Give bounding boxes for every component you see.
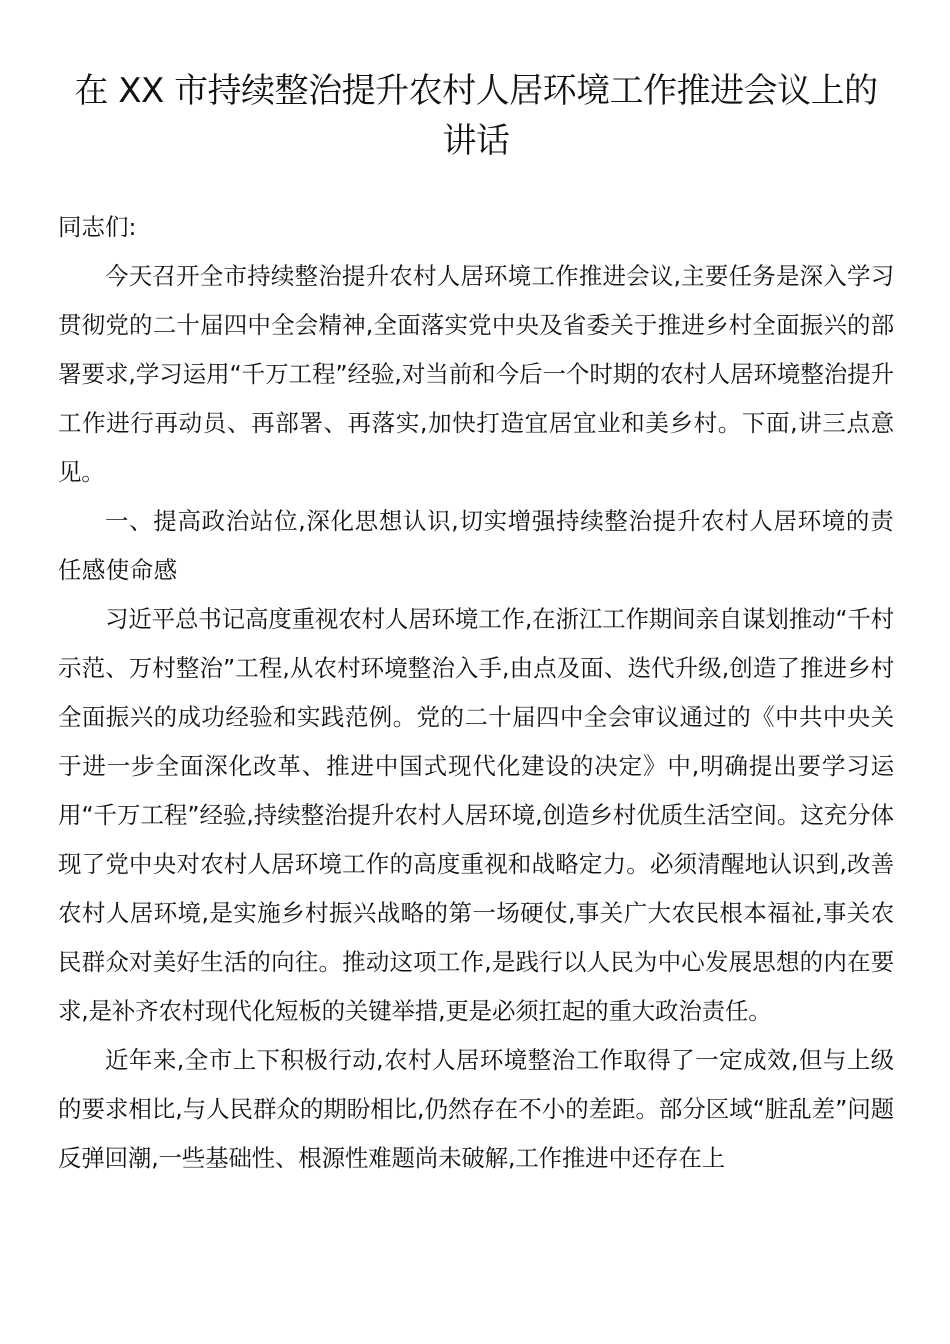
document-title: 在 XX 市持续整治提升农村人居环境工作推进会议上的 讲话 [58, 0, 894, 166]
title-line-2: 讲话 [58, 116, 894, 166]
paragraph-body-2: 近年来,全市上下积极行动,农村人居环境整治工作取得了一定成效,但与上级的要求相比… [58, 1036, 894, 1183]
document-page: 在 XX 市持续整治提升农村人居环境工作推进会议上的 讲话 同志们: 今天召开全… [58, 0, 894, 1183]
section-heading-1: 一、提高政治站位,深化思想认识,切实增强持续整治提升农村人居环境的责任感使命感 [58, 497, 894, 595]
paragraph-body-1: 习近平总书记高度重视农村人居环境工作,在浙江工作期间亲自谋划推动“千村示范、万村… [58, 595, 894, 1036]
paragraph-intro: 今天召开全市持续整治提升农村人居环境工作推进会议,主要任务是深入学习贯彻党的二十… [58, 252, 894, 497]
salutation: 同志们: [58, 203, 894, 252]
title-line-1: 在 XX 市持续整治提升农村人居环境工作推进会议上的 [58, 66, 894, 116]
